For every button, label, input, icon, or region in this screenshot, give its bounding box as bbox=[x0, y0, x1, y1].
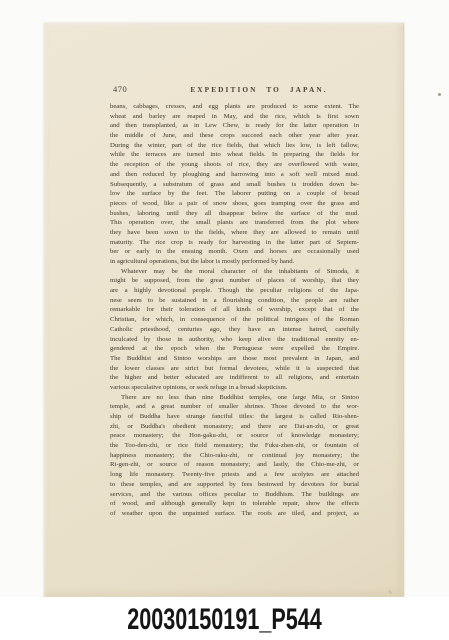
text-line: might be supposed, from the great number… bbox=[110, 276, 359, 286]
text-line: and then transplanted, as in Lew Chew, i… bbox=[110, 121, 359, 131]
caption-bar: 20030150191_P544 bbox=[0, 597, 449, 640]
text-line: Whatever may be the moral character of t… bbox=[110, 267, 359, 277]
text-line: ship of Buddha have strange fanciful tit… bbox=[110, 412, 359, 422]
text-line: There are no less than nine Buddhist tem… bbox=[110, 393, 359, 403]
text-line: Ri-gen-zhi, or source of reason monaster… bbox=[110, 460, 359, 470]
catalog-number: 20030150191_P544 bbox=[63, 603, 386, 637]
text-line: and then reduced by ploughing and harrow… bbox=[110, 170, 359, 180]
text-line: to these temples, and are supported by f… bbox=[110, 480, 359, 490]
text-line: remarkable for their toleration of all k… bbox=[110, 305, 359, 315]
text-line: The Buddhist and Sintoo worships are tho… bbox=[110, 354, 359, 364]
page-header: 470 EXPEDITION TO JAPAN. bbox=[44, 84, 403, 96]
text-line: gendered at the epoch when the Portugues… bbox=[110, 344, 359, 354]
text-line: inculcated by those in authority, who ke… bbox=[110, 335, 359, 345]
text-line: services, and the various offices peculi… bbox=[110, 490, 359, 500]
text-line: of wood, and although generally kept in … bbox=[110, 499, 359, 509]
text-line: peace monastery; the Hon-gaku-zhi, or so… bbox=[110, 431, 359, 441]
text-line: beans, cabbages, cresses, and egg plants… bbox=[110, 102, 359, 112]
text-line: of weather upon the unpainted surface. T… bbox=[110, 509, 359, 519]
running-head: EXPEDITION TO JAPAN. bbox=[134, 85, 384, 94]
text-line: while the terraces are turned into wheat… bbox=[110, 150, 359, 160]
text-line: nese seem to be sustained in a flourishi… bbox=[110, 296, 359, 306]
page-number: 470 bbox=[113, 84, 127, 94]
text-line: the reception of the young shoots of ric… bbox=[110, 160, 359, 170]
text-line: This operation over, the small plants ar… bbox=[110, 218, 359, 228]
text-line: Subsequently, a substratum of grass and … bbox=[110, 180, 359, 190]
text-line: various speculative opinions, or seek re… bbox=[110, 383, 359, 393]
text-line: the higher and better educated are indif… bbox=[110, 373, 359, 383]
book-page: 470 EXPEDITION TO JAPAN. beans, cabbages… bbox=[44, 23, 404, 598]
text-line: maturity. The rice crop is ready for har… bbox=[110, 238, 359, 248]
text-line: long life monastery. Twenty-five priests… bbox=[110, 470, 359, 480]
text-line: Catholic priesthood, centuries ago, they… bbox=[110, 325, 359, 335]
text-line: are a highly devotional people. Though t… bbox=[110, 286, 359, 296]
text-line: During the winter, part of the rice fiel… bbox=[110, 141, 359, 151]
text-line: pieces of wood, like a pair of snow shoe… bbox=[110, 199, 359, 209]
text-line: temple, and a great number of smaller sh… bbox=[110, 402, 359, 412]
text-line: in agricultural operations, but the labo… bbox=[110, 257, 359, 267]
text-line: ber or early in the ensuing month. Oxen … bbox=[110, 247, 359, 257]
text-line: they have been sown to the fields, where… bbox=[110, 228, 359, 238]
text-line: the Too-den-zhi, or rice field monastery… bbox=[110, 441, 359, 451]
paper-scratch bbox=[388, 590, 392, 594]
paper-speck bbox=[438, 93, 441, 96]
screenshot: 470 EXPEDITION TO JAPAN. beans, cabbages… bbox=[0, 0, 449, 640]
text-line: the middle of June, and these crops succ… bbox=[110, 131, 359, 141]
text-line: bushes, laboring until they all disappea… bbox=[110, 209, 359, 219]
text-line: low the surface by the feet. The laborer… bbox=[110, 189, 359, 199]
scan-background: 470 EXPEDITION TO JAPAN. beans, cabbages… bbox=[0, 0, 449, 597]
text-line: Christian, for which, in consequence of … bbox=[110, 315, 359, 325]
text-line: happiness monastery; the Chio-raku-zhi, … bbox=[110, 451, 359, 461]
text-line: wheat and barley are reaped in May, and … bbox=[110, 112, 359, 122]
text-line: the lower classes are strict but formal … bbox=[110, 364, 359, 374]
text-line: zhi, or Buddha's obedient monastery; and… bbox=[110, 422, 359, 432]
body-text: beans, cabbages, cresses, and egg plants… bbox=[110, 102, 359, 519]
